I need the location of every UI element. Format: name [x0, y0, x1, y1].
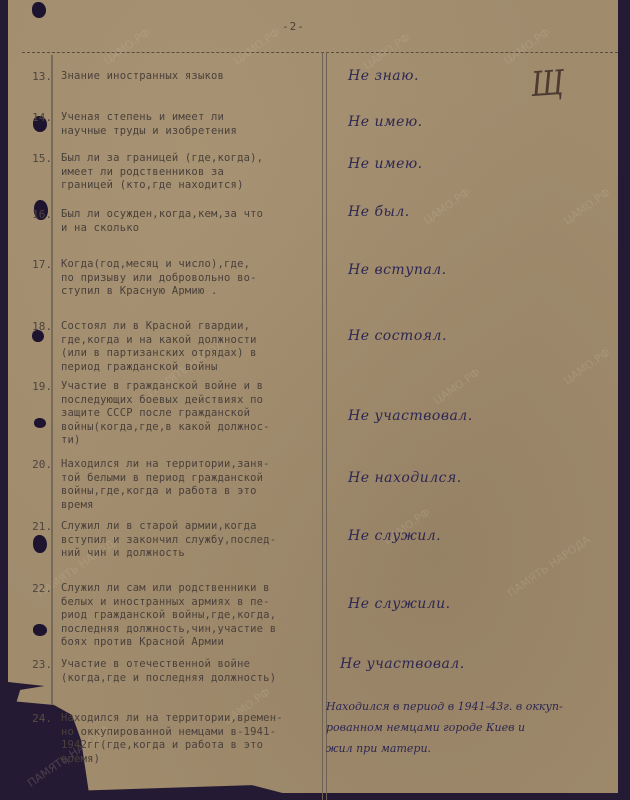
- answer-text: Не был.: [348, 204, 410, 220]
- punch-hole: [33, 535, 47, 553]
- answer-text: Не состоял.: [348, 328, 447, 344]
- answer-text: Не имею.: [348, 156, 423, 172]
- item-number: 15.: [26, 152, 52, 165]
- question-text: Участие в гражданской войне и в последую…: [61, 380, 316, 448]
- question-text: Служил ли сам или родственники в белых и…: [61, 582, 316, 650]
- item-number: 16.: [26, 208, 52, 221]
- punch-hole: [32, 2, 46, 18]
- item-number: 22.: [26, 582, 52, 595]
- question-text: Служил ли в старой армии,когда вступил и…: [61, 520, 316, 561]
- dashed-rule: [22, 52, 618, 53]
- question-text: Когда(год,месяц и число),где, по призыву…: [61, 258, 316, 299]
- item-number: 23.: [26, 658, 52, 671]
- question-text: Знание иностранных языков: [61, 70, 316, 84]
- item-number: 19.: [26, 380, 52, 393]
- answer-text: Не служил.: [348, 528, 441, 544]
- answer-text: Не вступал.: [348, 262, 447, 278]
- column-divider: [326, 52, 327, 800]
- question-text: Был ли осужден,когда,кем,за что и на ско…: [61, 208, 316, 235]
- question-text: Находился ли на территории,времен- но ок…: [61, 712, 316, 766]
- item-number: 17.: [26, 258, 52, 271]
- item-number: 21.: [26, 520, 52, 533]
- answer-text: Не участвовал.: [340, 656, 465, 672]
- punch-hole: [33, 624, 47, 636]
- signature: Щ: [530, 63, 566, 105]
- question-text: Состоял ли в Красной гвардии, где,когда …: [61, 320, 316, 374]
- punch-hole: [34, 418, 46, 428]
- item-number: 13.: [26, 70, 52, 83]
- item-number: 18.: [26, 320, 52, 333]
- question-text: Ученая степень и имеет ли научные труды …: [61, 111, 316, 138]
- question-text: Находился ли на территории,заня- той бел…: [61, 458, 316, 512]
- item-number: 20.: [26, 458, 52, 471]
- question-text: Был ли за границей (где,когда), имеет ли…: [61, 152, 316, 193]
- item-number: 24.: [26, 712, 52, 725]
- answer-text: Не служили.: [348, 596, 451, 612]
- answer-text: Находился в период в 1941-43г. в оккуп- …: [326, 696, 626, 759]
- answer-text: Не имею.: [348, 114, 423, 130]
- column-divider: [322, 52, 323, 800]
- question-text: Участие в отечественной войне (когда,где…: [61, 658, 316, 685]
- page-number: -2-: [282, 20, 305, 33]
- answer-text: Не знаю.: [348, 68, 419, 84]
- answer-text: Не участвовал.: [348, 408, 473, 424]
- answer-text: Не находился.: [348, 470, 462, 486]
- item-number: 14.: [26, 111, 52, 124]
